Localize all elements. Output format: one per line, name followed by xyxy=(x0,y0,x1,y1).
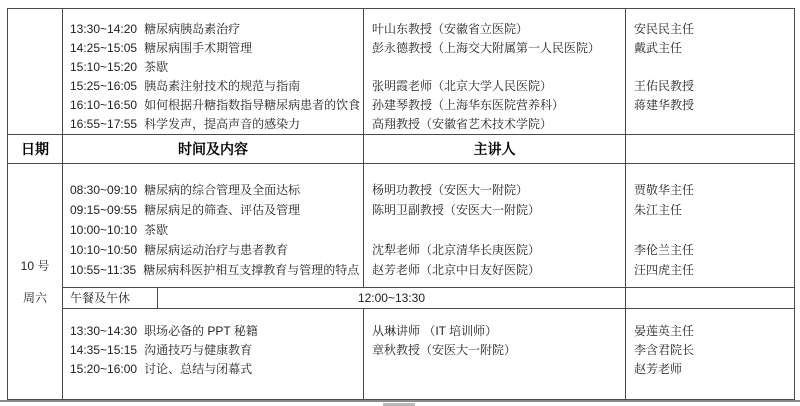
session-time: 08:30~09:10 xyxy=(70,183,137,197)
session-line: 09:15~09:55糖尿病足的筛查、评估及管理 xyxy=(70,200,363,220)
session-line: 15:10~15:20茶歇 xyxy=(70,58,363,77)
session-line: 13:30~14:30职场必备的 PPT 秘籍 xyxy=(70,322,363,341)
speaker-line: 张明霞老师（北京大学人民医院） xyxy=(372,77,625,96)
session-afternoon-speaker-cell: 从琳讲师 （IT 培训师） 章秋教授（安医大一附院） xyxy=(364,309,626,399)
speaker-line: 叶山东教授（安徽省立医院） xyxy=(372,20,625,39)
host-line: 蒋建华教授 xyxy=(634,96,794,115)
speaker-line: 沈犁老师（北京清华长庚医院） xyxy=(372,240,625,260)
session-title: 职场必备的 PPT 秘籍 xyxy=(144,324,258,338)
session-title: 糖尿病科医护相互支撑教育与管理的特点 xyxy=(143,263,359,277)
session-time: 16:55~17:55 xyxy=(70,117,137,131)
session-title: 如何根据升糖指数指导糖尿病患者的饮食 xyxy=(144,98,360,112)
session-line: 14:25~15:05糖尿病围手术期管理 xyxy=(70,39,363,58)
session-time: 10:10~10:50 xyxy=(70,243,137,257)
date-cell-empty xyxy=(8,9,63,135)
speaker-line: 陈明卫副教授（安医大一附院） xyxy=(372,200,625,220)
session-time: 15:10~15:20 xyxy=(70,60,137,74)
speaker-line: 彭永德教授（上海交大附属第一人民医院） xyxy=(372,39,625,58)
session-afternoon-host-cell: 晏莲英主任 李含君院长 赵芳老师 xyxy=(626,309,794,399)
lunch-label-cell: 午餐及午休 xyxy=(63,288,158,309)
session-line: 14:35~15:15沟通技巧与健康教育 xyxy=(70,341,363,360)
speaker-line: 高翔教授（安徽省艺术技术学院） xyxy=(372,115,625,134)
host-line: 戴武主任 xyxy=(634,39,794,58)
session-morning-host-cell: 贾敬华主任 朱江主任 李伦兰主任 汪四虎主任 xyxy=(626,164,794,288)
session-time: 10:55~11:35 xyxy=(70,263,136,277)
session-prev-host-cell: 安民民主任 戴武主任 王佑民教授 蒋建华教授 xyxy=(626,9,794,135)
host-line: 安民民主任 xyxy=(634,20,794,39)
session-line: 15:20~16:00讨论、总结与闭幕式 xyxy=(70,360,363,379)
header-empty xyxy=(626,135,794,164)
speaker-line: 章秋教授（安医大一附院） xyxy=(372,341,625,360)
host-line: 晏莲英主任 xyxy=(634,322,794,341)
session-title: 糖尿病运动治疗与患者教育 xyxy=(144,243,288,257)
host-line: 李含君院长 xyxy=(634,341,794,360)
speaker-line: 从琳讲师 （IT 培训师） xyxy=(372,322,625,341)
session-title: 糖尿病足的筛查、评估及管理 xyxy=(144,203,300,217)
host-line: 王佑民教授 xyxy=(634,77,794,96)
session-title: 茶歇 xyxy=(144,60,168,74)
session-line: 13:30~14:20糖尿病胰岛素治疗 xyxy=(70,20,363,39)
session-time: 14:35~15:15 xyxy=(70,343,137,357)
session-morning-speaker-cell: 杨明功教授（安医大一附院） 陈明卫副教授（安医大一附院） 沈犁老师（北京清华长庚… xyxy=(364,164,626,288)
session-time: 10:00~10:10 xyxy=(70,223,137,237)
host-line xyxy=(634,115,794,134)
session-time: 15:20~16:00 xyxy=(70,362,137,376)
header-date: 日期 xyxy=(8,135,63,164)
session-line: 16:55~17:55科学发声，提高声音的感染力 xyxy=(70,115,363,134)
speaker-line xyxy=(372,360,625,379)
date-day: 10 号 xyxy=(21,257,50,274)
session-time: 16:10~16:50 xyxy=(70,98,137,112)
session-time: 13:30~14:20 xyxy=(70,22,137,36)
session-line: 15:25~16:05胰岛素注射技术的规范与指南 xyxy=(70,77,363,96)
session-title: 糖尿病围手术期管理 xyxy=(144,41,252,55)
session-line: 16:10~16:50如何根据升糖指数指导糖尿病患者的饮食 xyxy=(70,96,363,115)
speaker-line xyxy=(372,220,625,240)
window-bottom-edge xyxy=(0,400,800,402)
session-title: 糖尿病胰岛素治疗 xyxy=(144,22,240,36)
session-line: 10:10~10:50糖尿病运动治疗与患者教育 xyxy=(70,240,363,260)
schedule-table: 13:30~14:20糖尿病胰岛素治疗 14:25~15:05糖尿病围手术期管理… xyxy=(7,8,795,400)
host-line: 汪四虎主任 xyxy=(634,260,794,280)
header-time-content: 时间及内容 xyxy=(63,135,364,164)
session-line: 10:55~11:35糖尿病科医护相互支撑教育与管理的特点 xyxy=(70,260,363,280)
host-line xyxy=(634,220,794,240)
session-time: 09:15~09:55 xyxy=(70,203,137,217)
session-time: 13:30~14:30 xyxy=(70,324,137,338)
session-time: 14:25~15:05 xyxy=(70,41,137,55)
session-title: 沟通技巧与健康教育 xyxy=(144,343,252,357)
speaker-line xyxy=(372,58,625,77)
session-morning-content-cell: 08:30~09:10糖尿病的综合管理及全面达标 09:15~09:55糖尿病足… xyxy=(63,164,364,288)
host-line: 李伦兰主任 xyxy=(634,240,794,260)
speaker-line: 赵芳老师（北京中日友好医院） xyxy=(372,260,625,280)
speaker-line: 杨明功教授（安医大一附院） xyxy=(372,180,625,200)
session-title: 糖尿病的综合管理及全面达标 xyxy=(144,183,300,197)
host-line: 朱江主任 xyxy=(634,200,794,220)
session-afternoon-content-cell: 13:30~14:30职场必备的 PPT 秘籍 14:35~15:15沟通技巧与… xyxy=(63,309,364,399)
host-line xyxy=(634,58,794,77)
session-title: 茶歇 xyxy=(144,223,168,237)
host-line: 赵芳老师 xyxy=(634,360,794,379)
date-cell: 10 号 周六 xyxy=(8,164,63,399)
lunch-time-cell: 12:00~13:30 xyxy=(158,288,626,309)
session-prev-speaker-cell: 叶山东教授（安徽省立医院） 彭永德教授（上海交大附属第一人民医院） 张明霞老师（… xyxy=(364,9,626,135)
session-title: 胰岛素注射技术的规范与指南 xyxy=(144,79,300,93)
host-line: 贾敬华主任 xyxy=(634,180,794,200)
session-prev-content-cell: 13:30~14:20糖尿病胰岛素治疗 14:25~15:05糖尿病围手术期管理… xyxy=(63,9,364,135)
header-speaker: 主讲人 xyxy=(364,135,626,164)
session-time: 15:25~16:05 xyxy=(70,79,137,93)
session-title: 科学发声，提高声音的感染力 xyxy=(144,117,300,131)
lunch-host-empty-cell xyxy=(626,288,794,309)
session-title: 讨论、总结与闭幕式 xyxy=(144,362,252,376)
session-line: 10:00~10:10茶歇 xyxy=(70,220,363,240)
session-line: 08:30~09:10糖尿病的综合管理及全面达标 xyxy=(70,180,363,200)
speaker-line: 孙建琴教授（上海华东医院营养科） xyxy=(372,96,625,115)
date-weekday: 周六 xyxy=(23,289,47,306)
